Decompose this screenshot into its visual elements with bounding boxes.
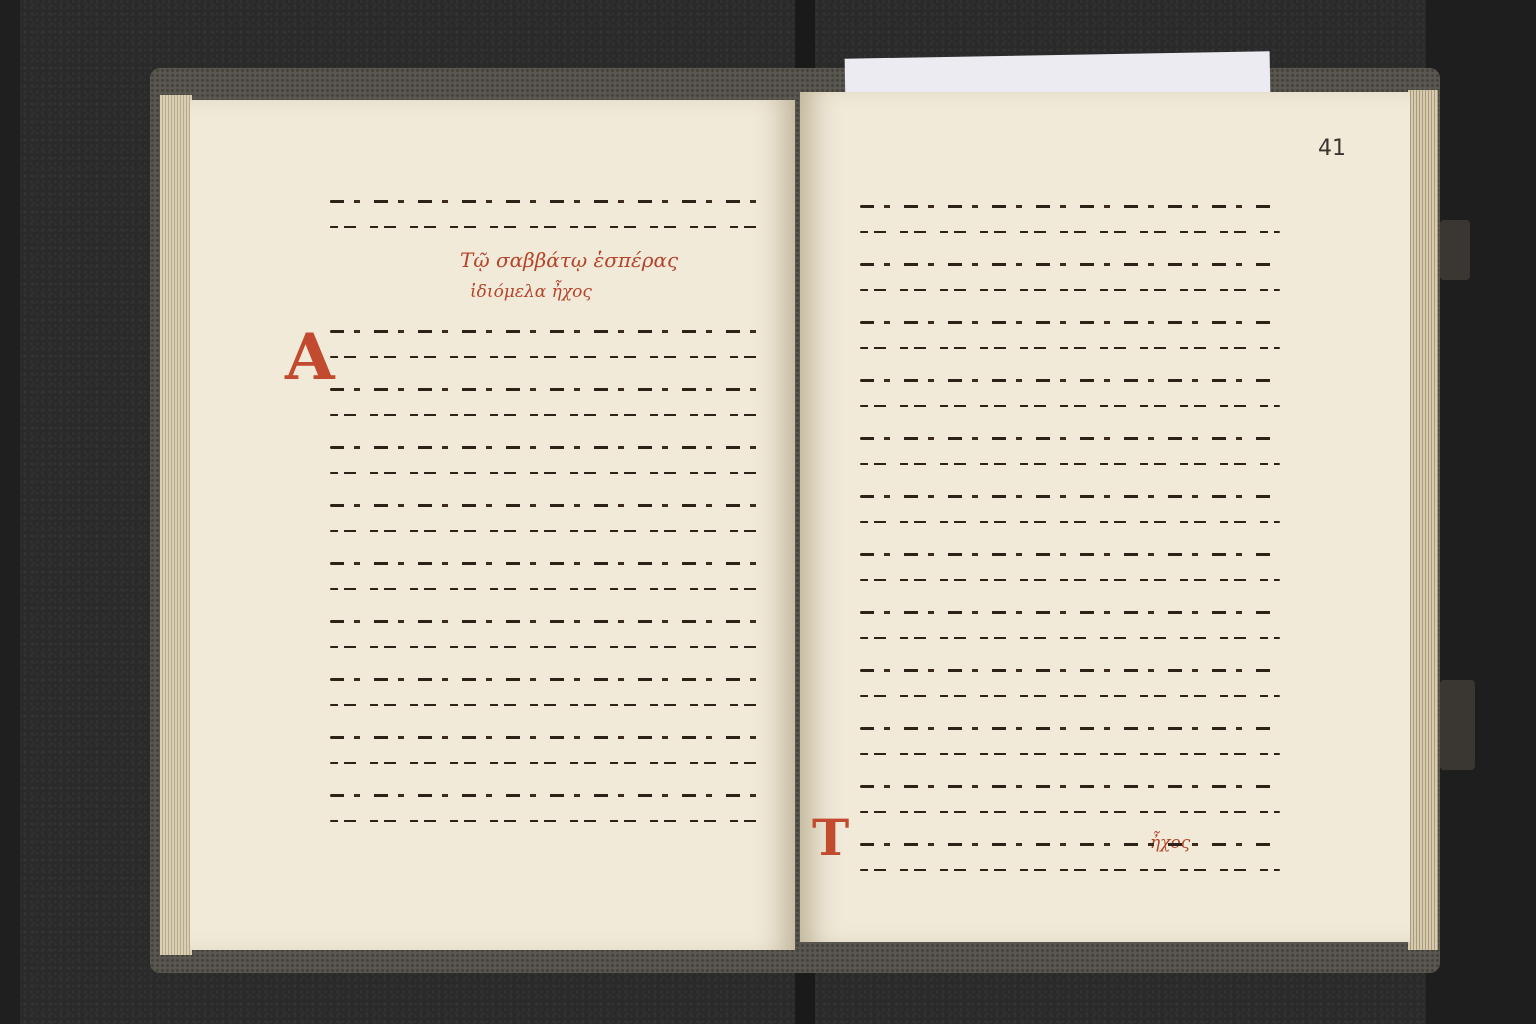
neume-line	[330, 736, 770, 739]
neume-line	[330, 504, 770, 507]
page-edges-right	[1408, 90, 1438, 950]
neume-line	[330, 620, 770, 623]
text-line	[860, 579, 1280, 581]
right-page	[800, 92, 1410, 942]
neume-line	[330, 794, 770, 797]
text-line	[330, 762, 770, 764]
text-line	[330, 820, 770, 822]
text-line	[860, 753, 1280, 755]
text-line	[860, 231, 1280, 233]
neume-line	[860, 379, 1280, 382]
neume-line	[330, 388, 770, 391]
text-line	[860, 811, 1280, 813]
text-line	[330, 588, 770, 590]
clasp-upper	[1440, 220, 1470, 280]
initial-letter-left: Α	[285, 320, 335, 395]
neume-line	[330, 330, 770, 333]
neume-line	[330, 200, 770, 203]
page-edges-left	[160, 95, 192, 955]
text-line	[330, 472, 770, 474]
support-left	[0, 0, 20, 1024]
text-line	[330, 226, 770, 228]
neume-line	[330, 446, 770, 449]
folio-number: 41	[1318, 136, 1346, 161]
text-line	[330, 704, 770, 706]
support-right	[1426, 0, 1536, 1024]
neume-line	[860, 727, 1280, 730]
clasp-lower	[1440, 680, 1475, 770]
rubric-subheading: ἰδιόμελα ἦχος	[470, 282, 592, 302]
neume-line	[330, 678, 770, 681]
text-line	[860, 521, 1280, 523]
neume-line	[860, 205, 1280, 208]
text-line	[330, 356, 770, 358]
text-line	[860, 869, 1280, 871]
text-line	[860, 289, 1280, 291]
text-line	[330, 414, 770, 416]
text-line	[860, 463, 1280, 465]
neume-line	[860, 495, 1280, 498]
text-line	[860, 347, 1280, 349]
rubric-heading: Τῷ σαββάτῳ ἑσπέρας	[460, 248, 678, 272]
neume-line	[860, 553, 1280, 556]
neume-line	[860, 669, 1280, 672]
text-line	[330, 646, 770, 648]
text-line	[860, 695, 1280, 697]
text-line	[860, 405, 1280, 407]
neume-line	[860, 843, 1280, 846]
neume-line	[860, 611, 1280, 614]
text-line	[860, 637, 1280, 639]
neume-line	[330, 562, 770, 565]
neume-line	[860, 437, 1280, 440]
initial-letter-right: Τ	[812, 808, 849, 867]
neume-line	[860, 785, 1280, 788]
text-line	[330, 530, 770, 532]
neume-line	[860, 321, 1280, 324]
neume-line	[860, 263, 1280, 266]
